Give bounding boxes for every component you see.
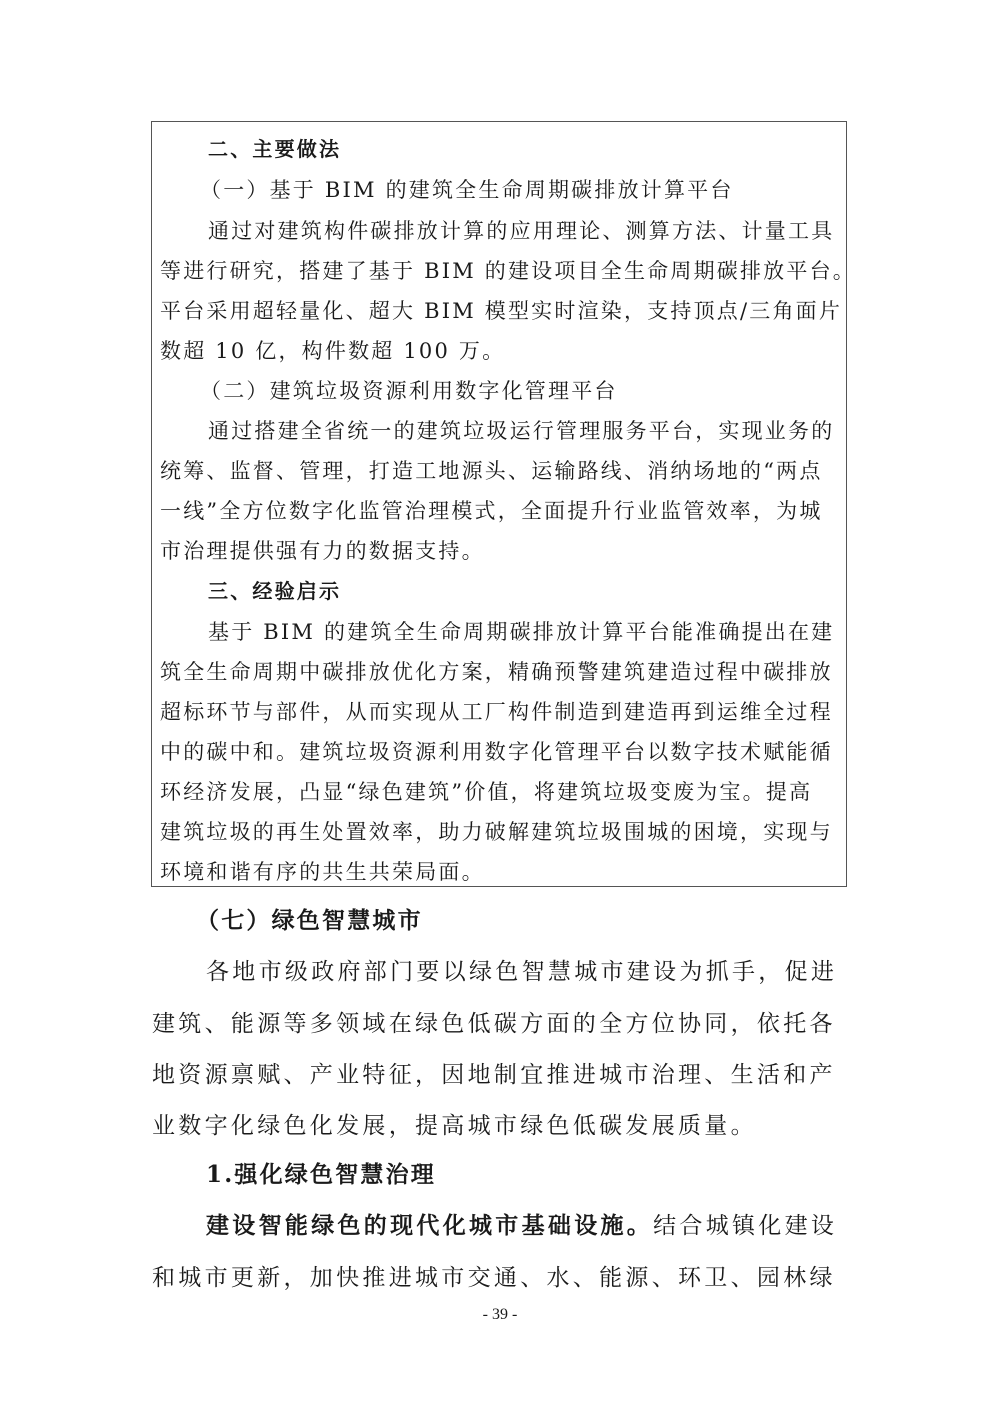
paragraph-line: 建筑垃圾的再生处置效率，助力破解建筑垃圾围城的困境，实现与: [160, 816, 833, 846]
paragraph-line: 平台采用超轻量化、超大 BIM 模型实时渲染，支持顶点/三角面片: [160, 295, 842, 325]
paragraph-line: 通过对建筑构件碳排放计算的应用理论、测算方法、计量工具: [208, 215, 834, 245]
section-heading-main-practices: 二、主要做法: [208, 133, 341, 162]
section-heading-lessons: 三、经验启示: [208, 575, 341, 604]
paragraph-line: 基于 BIM 的建筑全生命周期碳排放计算平台能准确提出在建: [208, 616, 834, 646]
paragraph-line: 等进行研究，搭建了基于 BIM 的建设项目全生命周期碳排放平台。: [160, 255, 856, 285]
paragraph-line: 环经济发展，凸显“绿色建筑”价值，将建筑垃圾变废为宝。提高: [160, 776, 812, 806]
paragraph-line: 地资源禀赋、产业特征，因地制宜推进城市治理、生活和产: [152, 1056, 836, 1089]
section-heading-green-smart-city: （七）绿色智慧城市: [196, 902, 423, 935]
paragraph-line: 一线”全方位数字化监管治理模式，全面提升行业监管效率，为城: [160, 495, 823, 525]
paragraph-line: 统筹、监督、管理，打造工地源头、运输路线、消纳场地的“两点: [160, 455, 823, 485]
paragraph-line: 和城市更新，加快推进城市交通、水、能源、环卫、园林绿: [152, 1259, 836, 1292]
page-number: - 39 -: [0, 1306, 1000, 1324]
paragraph-line: 通过搭建全省统一的建筑垃圾运行管理服务平台，实现业务的: [208, 415, 834, 445]
bold-lead-sentence: 建设智能绿色的现代化城市基础设施。: [206, 1212, 653, 1239]
paragraph-line: 筑全生命周期中碳排放优化方案，精确预警建筑建造过程中碳排放: [160, 656, 833, 686]
item-heading-green-governance: 1.强化绿色智慧治理: [206, 1156, 436, 1189]
paragraph-line: 业数字化绿色化发展，提高城市绿色低碳发展质量。: [152, 1107, 757, 1140]
paragraph-line: 中的碳中和。建筑垃圾资源利用数字化管理平台以数字技术赋能循: [160, 736, 833, 766]
paragraph-line: 数超 10 亿，构件数超 100 万。: [160, 335, 505, 365]
subsection-heading-waste-platform: （二）建筑垃圾资源利用数字化管理平台: [200, 375, 618, 405]
paragraph-line: 市治理提供强有力的数据支持。: [160, 535, 485, 565]
paragraph-line: 各地市级政府部门要以绿色智慧城市建设为抓手，促进: [206, 953, 837, 986]
paragraph-line: 环境和谐有序的共生共荣局面。: [160, 856, 485, 886]
paragraph-line: 建设智能绿色的现代化城市基础设施。结合城镇化建设: [206, 1207, 837, 1240]
paragraph-line: 建筑、能源等多领域在绿色低碳方面的全方位协同，依托各: [152, 1005, 836, 1038]
paragraph-line: 超标环节与部件，从而实现从工厂构件制造到建造再到运维全过程: [160, 696, 833, 726]
subsection-heading-bim-platform: （一）基于 BIM 的建筑全生命周期碳排放计算平台: [200, 174, 734, 204]
paragraph-text: 结合城镇化建设: [653, 1213, 837, 1239]
